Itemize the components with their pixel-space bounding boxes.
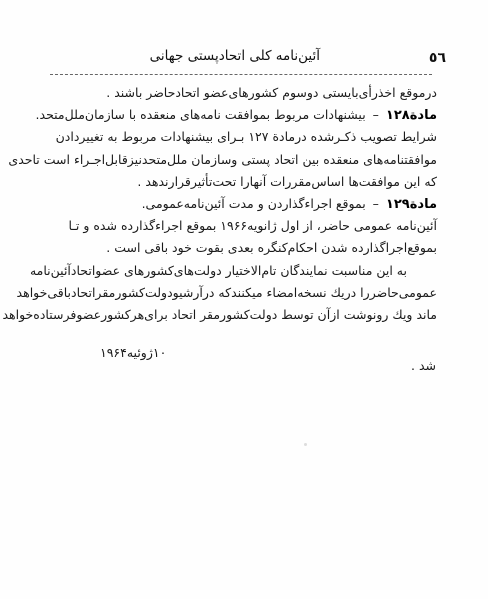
- text-line: موافقتنامه‌های منعقده بین اتحاد پستی وسا…: [55, 149, 437, 171]
- text-line: درموقع اخذرأی‌بایستی دوسوم کشورهای‌عضو ا…: [55, 82, 437, 104]
- text-line: به این مناسبت نمایندگان تام‌الاختیار دول…: [55, 260, 437, 282]
- signature-date: ۱۰ژوئیه۱۹۶۴: [100, 345, 166, 360]
- article-label: مادة۱۲۸: [386, 108, 437, 123]
- page-header: ٥٦ آئین‌نامه کلی اتحادپستی جهانی: [40, 46, 460, 68]
- article-128-heading: مادة۱۲۸ – بیشنهادات مربوط بموافقت نامه‌ه…: [55, 104, 437, 126]
- article-129-heading: مادة۱۲۹ – بموقع اجراءگذاردن و مدت آئین‌ن…: [55, 193, 437, 215]
- text-line: که این موافقت‌ها اساس‌مقررات آنهارا تحت‌…: [55, 171, 437, 193]
- document-page: ٥٦ آئین‌نامه کلی اتحادپستی جهانی درموقع …: [0, 0, 488, 599]
- article-label: مادة۱۲۹: [386, 197, 437, 212]
- header-divider: [50, 74, 432, 75]
- scan-artifact: [304, 443, 307, 446]
- text-line: بموقع‌اجراگذارده شدن احکام‌کنگره بعدی بق…: [55, 237, 437, 259]
- closing-word: شد .: [411, 358, 436, 373]
- text-line: ماند ویك رونوشت ازآن توسط دولت‌کشورمقر ا…: [55, 304, 437, 326]
- article-title: بموقع اجراءگذاردن و مدت آئین‌نامه‌عمومی.: [142, 196, 366, 211]
- text-line: عمومی‌حاضررا دریك نسخه‌امضاء میکنندکه در…: [55, 282, 437, 304]
- text-line: شرایط تصویب ذکـرشده درمادة ۱۲۷ بـرای بیش…: [55, 126, 437, 148]
- dash-separator: –: [370, 107, 382, 122]
- page-number: ٥٦: [429, 50, 446, 66]
- dash-separator: –: [370, 196, 382, 211]
- article-title: بیشنهادات مربوط بموافقت نامه‌های منعقده …: [36, 107, 366, 122]
- document-body: درموقع اخذرأی‌بایستی دوسوم کشورهای‌عضو ا…: [55, 82, 437, 326]
- running-title: آئین‌نامه کلی اتحادپستی جهانی: [150, 48, 320, 64]
- text-line: آئین‌نامه عمومی حاضر، از اول ژانویه۱۹۶۶ …: [55, 215, 437, 237]
